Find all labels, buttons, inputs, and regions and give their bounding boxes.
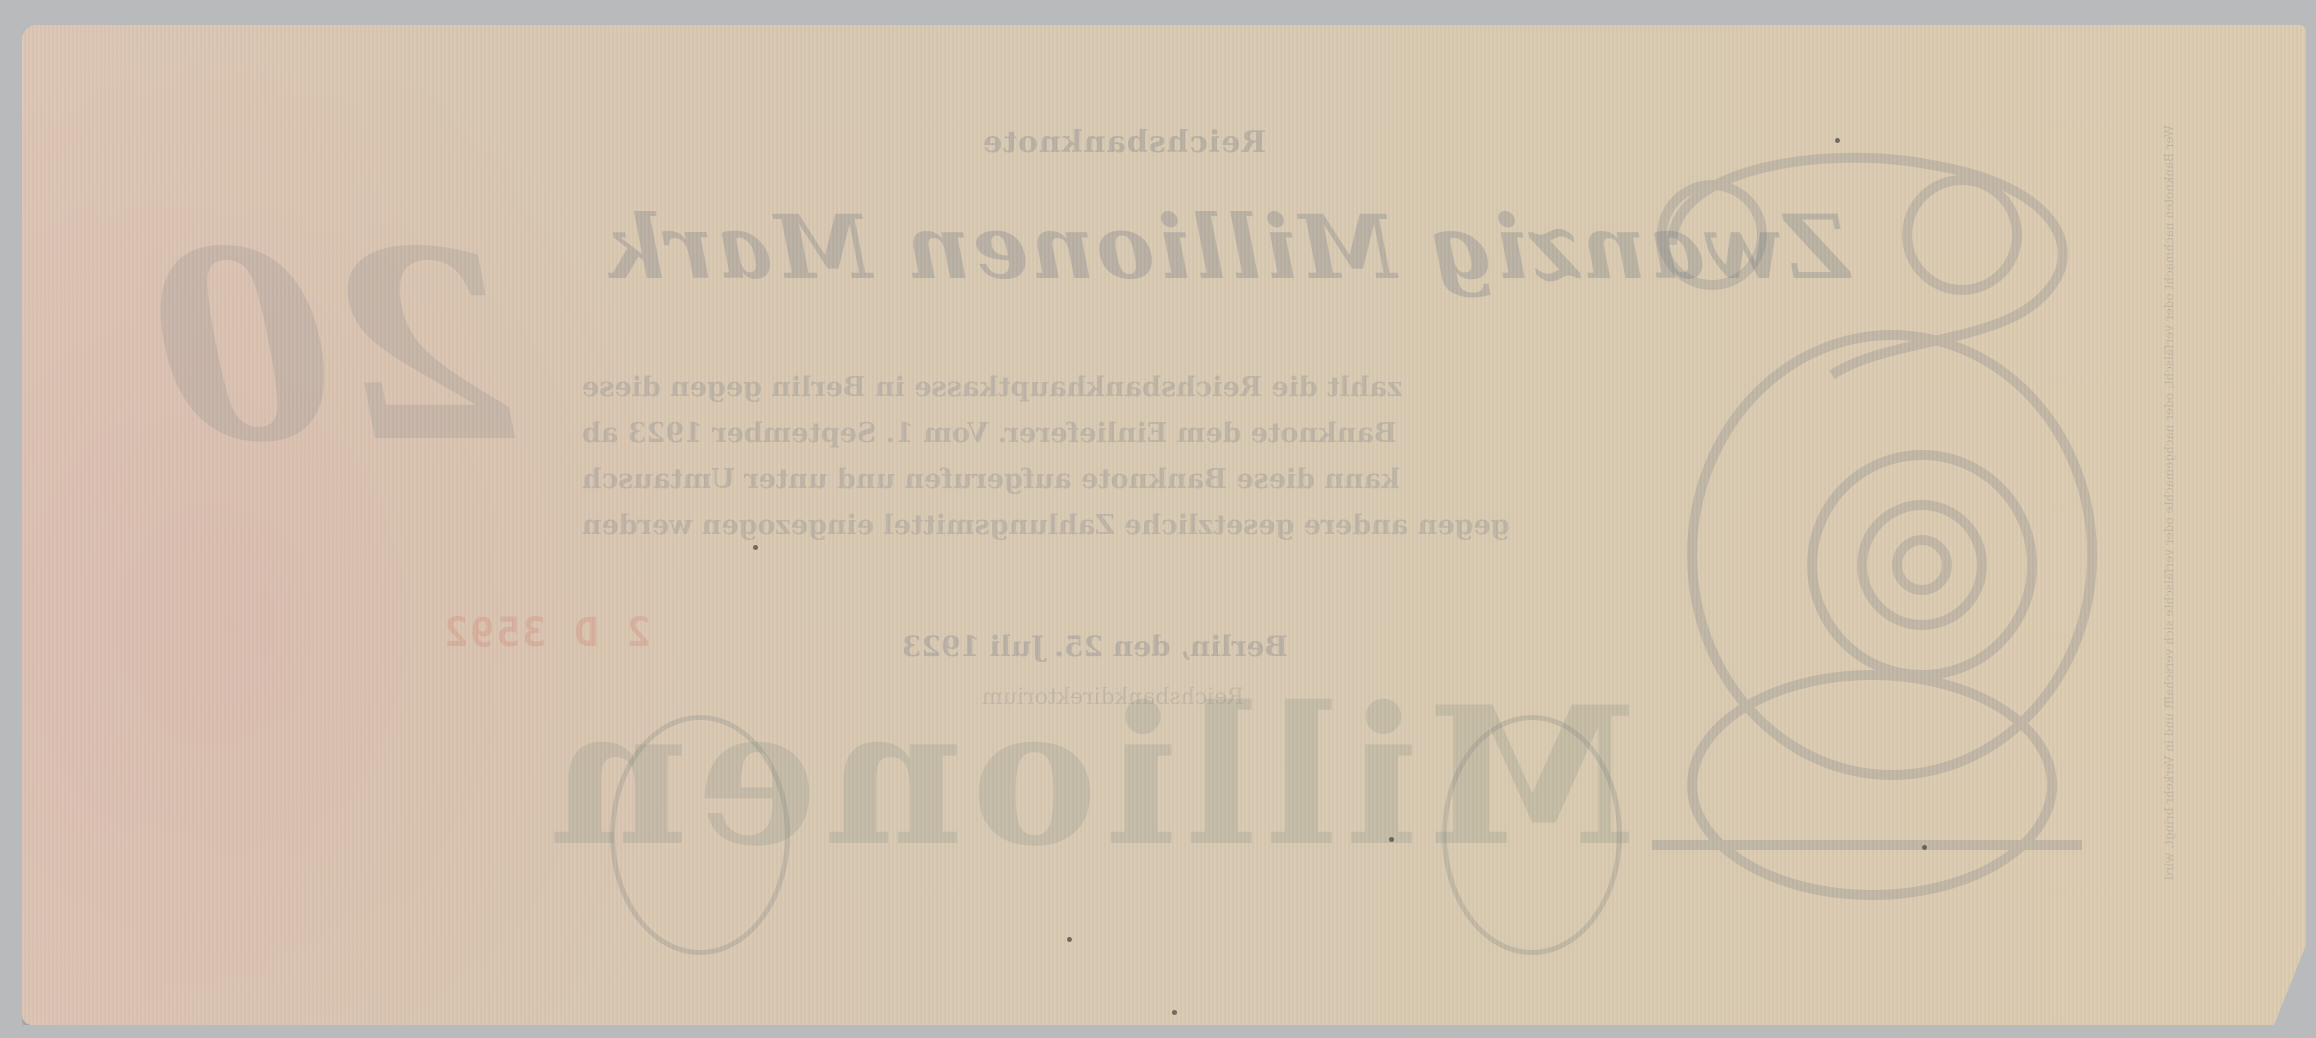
ink-speck (1835, 138, 1840, 143)
ink-speck (1067, 937, 1072, 942)
serial-number: 2 D 3592 (442, 610, 651, 656)
ornamental-letter-icon (1632, 125, 2102, 905)
date-line: Berlin, den 25. Juli 1923 (902, 630, 1288, 663)
banknote-body-text: zahlt die Reichsbankhauptkasse in Berlin… (582, 365, 1582, 549)
denomination-numeral-left: 20 (152, 195, 514, 500)
ink-speck (1172, 1010, 1177, 1015)
banknote-paper: 20 Reichsbanknote Zwanzig Millionen Mark… (22, 25, 2306, 1025)
large-value-word: Millionen (542, 665, 1637, 888)
issuer-heading: Reichsbanknote (982, 125, 1266, 160)
ink-speck (1389, 837, 1394, 842)
ink-speck (1922, 845, 1927, 850)
vertical-warning-text: Wer Banknoten nachmacht oder verfälscht,… (2162, 125, 2222, 885)
ink-speck (753, 545, 758, 550)
